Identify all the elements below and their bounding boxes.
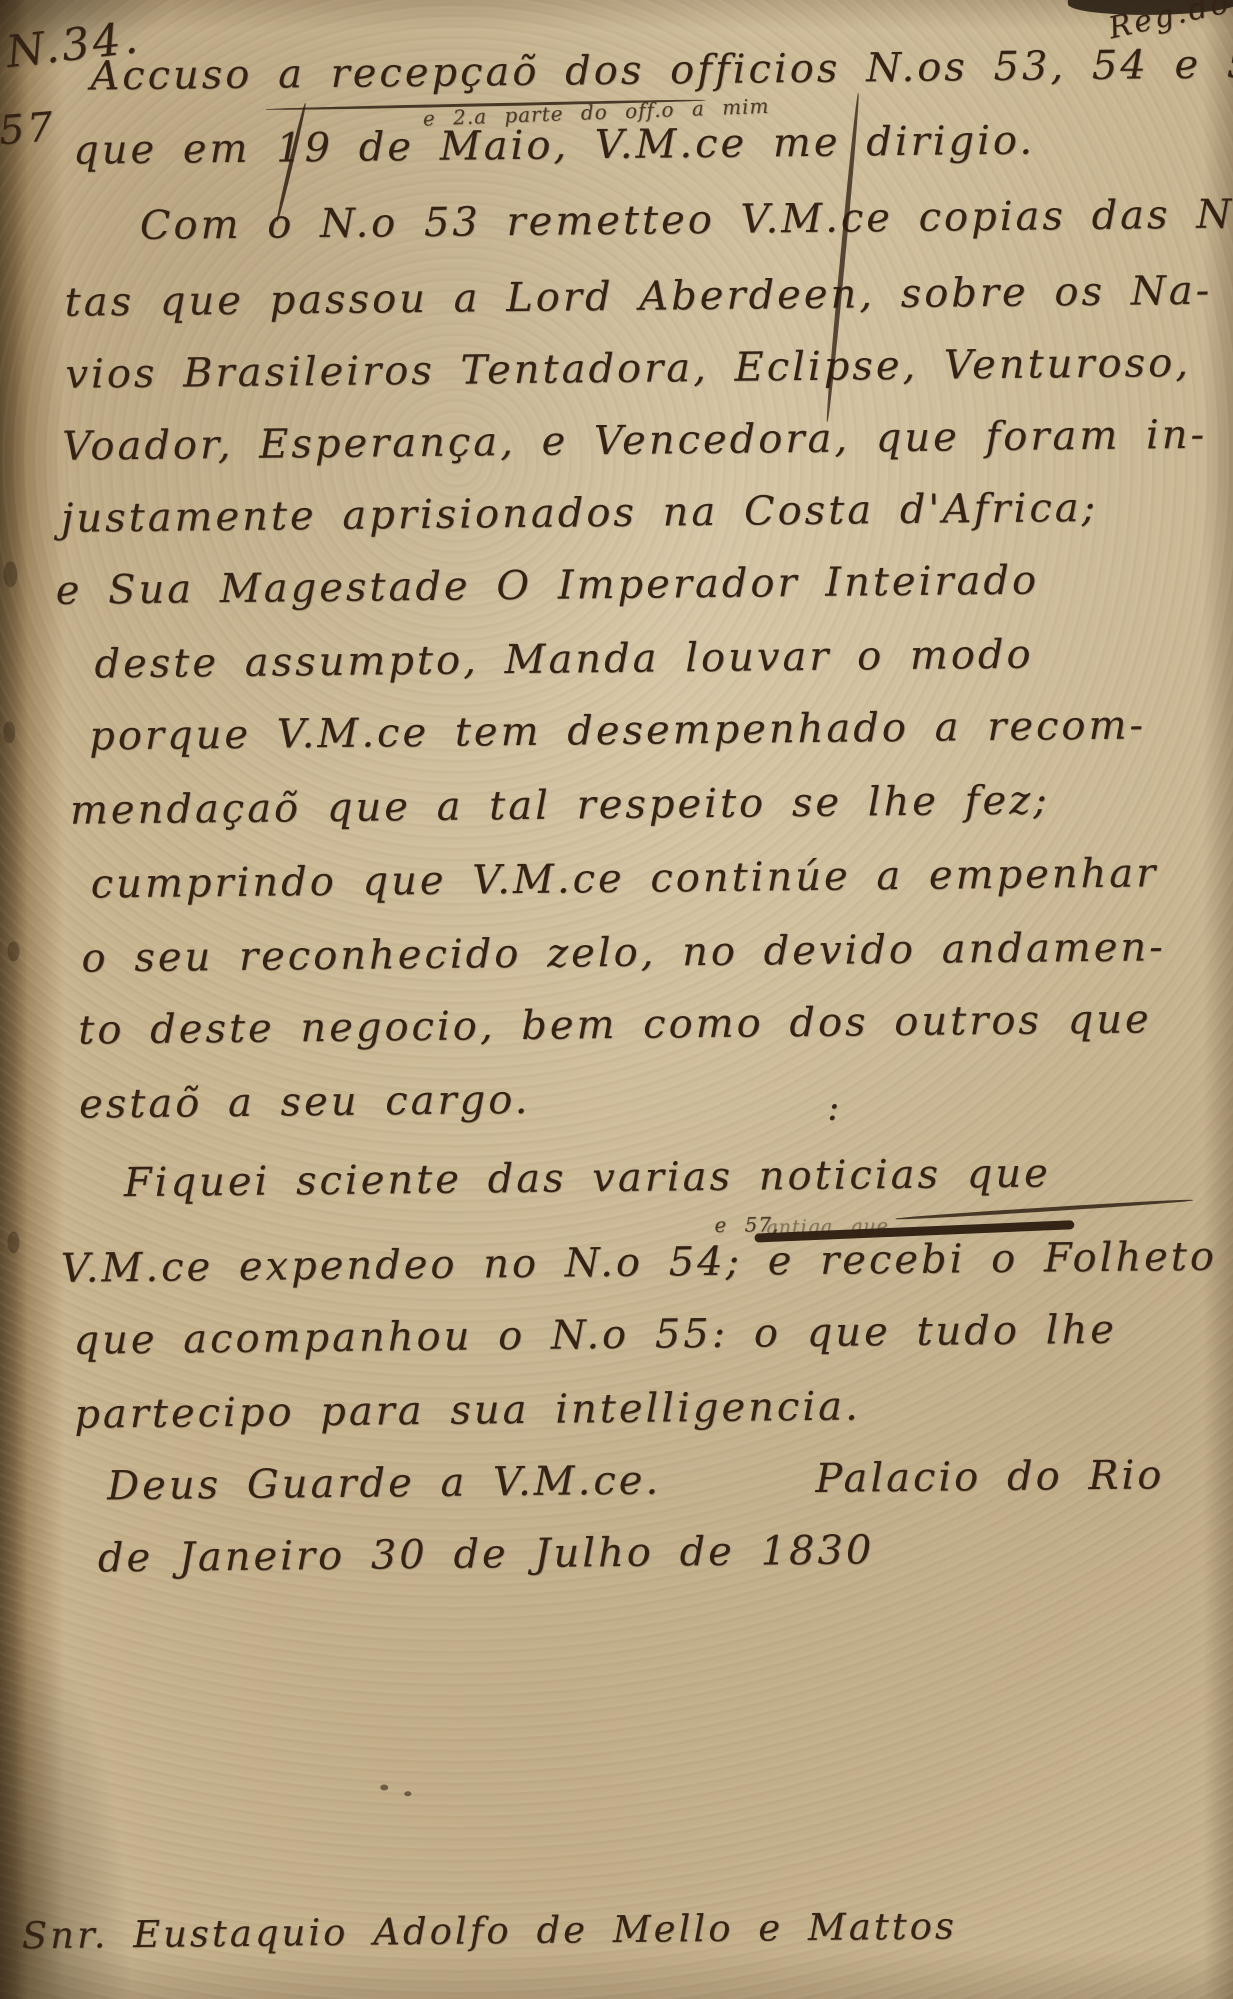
manuscript-line: de Janeiro 30 de Julho de 1830 (98, 1527, 875, 1581)
ink-speck (3, 561, 17, 587)
manuscript-line: que em 19 de Maio, V.M.ce me dirigio. (73, 118, 1035, 174)
ink-speck (7, 1231, 19, 1253)
manuscript-line: e Sua Magestade O Imperador Inteirado (55, 558, 1039, 614)
manuscript-line: justamente aprisionados na Costa d'Afric… (61, 485, 1099, 542)
ink-speck (7, 941, 19, 961)
ink-speck (404, 1791, 411, 1796)
manuscript-line: Fiquei sciente das varias noticias que (124, 1150, 1051, 1206)
manuscript-line: porque V.M.ce tem desempenhado a recom- (89, 702, 1146, 759)
manuscript-line: Accuso a recepçaõ dos officios N.os 53, … (90, 40, 1233, 100)
manuscript-line: tas que passou a Lord Aberdeen, sobre os… (64, 268, 1212, 326)
manuscript-line: que acompanhou o N.o 55: o que tudo lhe (73, 1307, 1117, 1364)
ink-speck (380, 1784, 388, 1790)
manuscript-line: estaõ a seu cargo. (79, 1077, 531, 1128)
manuscript-line: V.M.ce expendeo no N.o 54; e recebi o Fo… (61, 1234, 1218, 1292)
manuscript-line: partecipo para sua intelligencia. (74, 1383, 861, 1437)
manuscript-line: vios Brasileiros Tentadora, Eclipse, Ven… (65, 340, 1191, 398)
stray-ink-mark: : (827, 1088, 843, 1129)
addressee-line: Snr. Eustaquio Adolfo de Mello e Mattos (22, 1904, 958, 1957)
ink-speck (3, 721, 15, 743)
registry-mark: Reg.do (1105, 0, 1233, 46)
manuscript-line: Com o N.o 53 remetteo V.M.ce copias das … (140, 191, 1233, 249)
manuscript-line: mendaçaõ que a tal respeito se lhe fez; (70, 777, 1050, 833)
manuscript-line: deste assumpto, Manda louvar o modo (94, 632, 1034, 688)
manuscript-line: to deste negocio, bem como dos outros qu… (78, 996, 1152, 1053)
manuscript-line: o seu reconhecido zelo, no devido andame… (81, 924, 1166, 981)
manuscript-photo: { "colors": { "paper": "#c7b38e", "paper… (0, 0, 1233, 1999)
manuscript-line: cumprindo que V.M.ce continúe a empenhar (91, 850, 1159, 907)
margin-number-57: 57 (0, 104, 58, 154)
handwriting-layer: N.34. 57 Reg.do e 2.a parte do off.o a m… (0, 0, 1233, 1999)
noticias-underline-stroke (895, 1198, 1193, 1221)
manuscript-line: Voador, Esperança, e Vencedora, que fora… (62, 412, 1207, 470)
manuscript-line: Deus Guarde a V.M.ce. Palacio do Rio (107, 1452, 1165, 1509)
